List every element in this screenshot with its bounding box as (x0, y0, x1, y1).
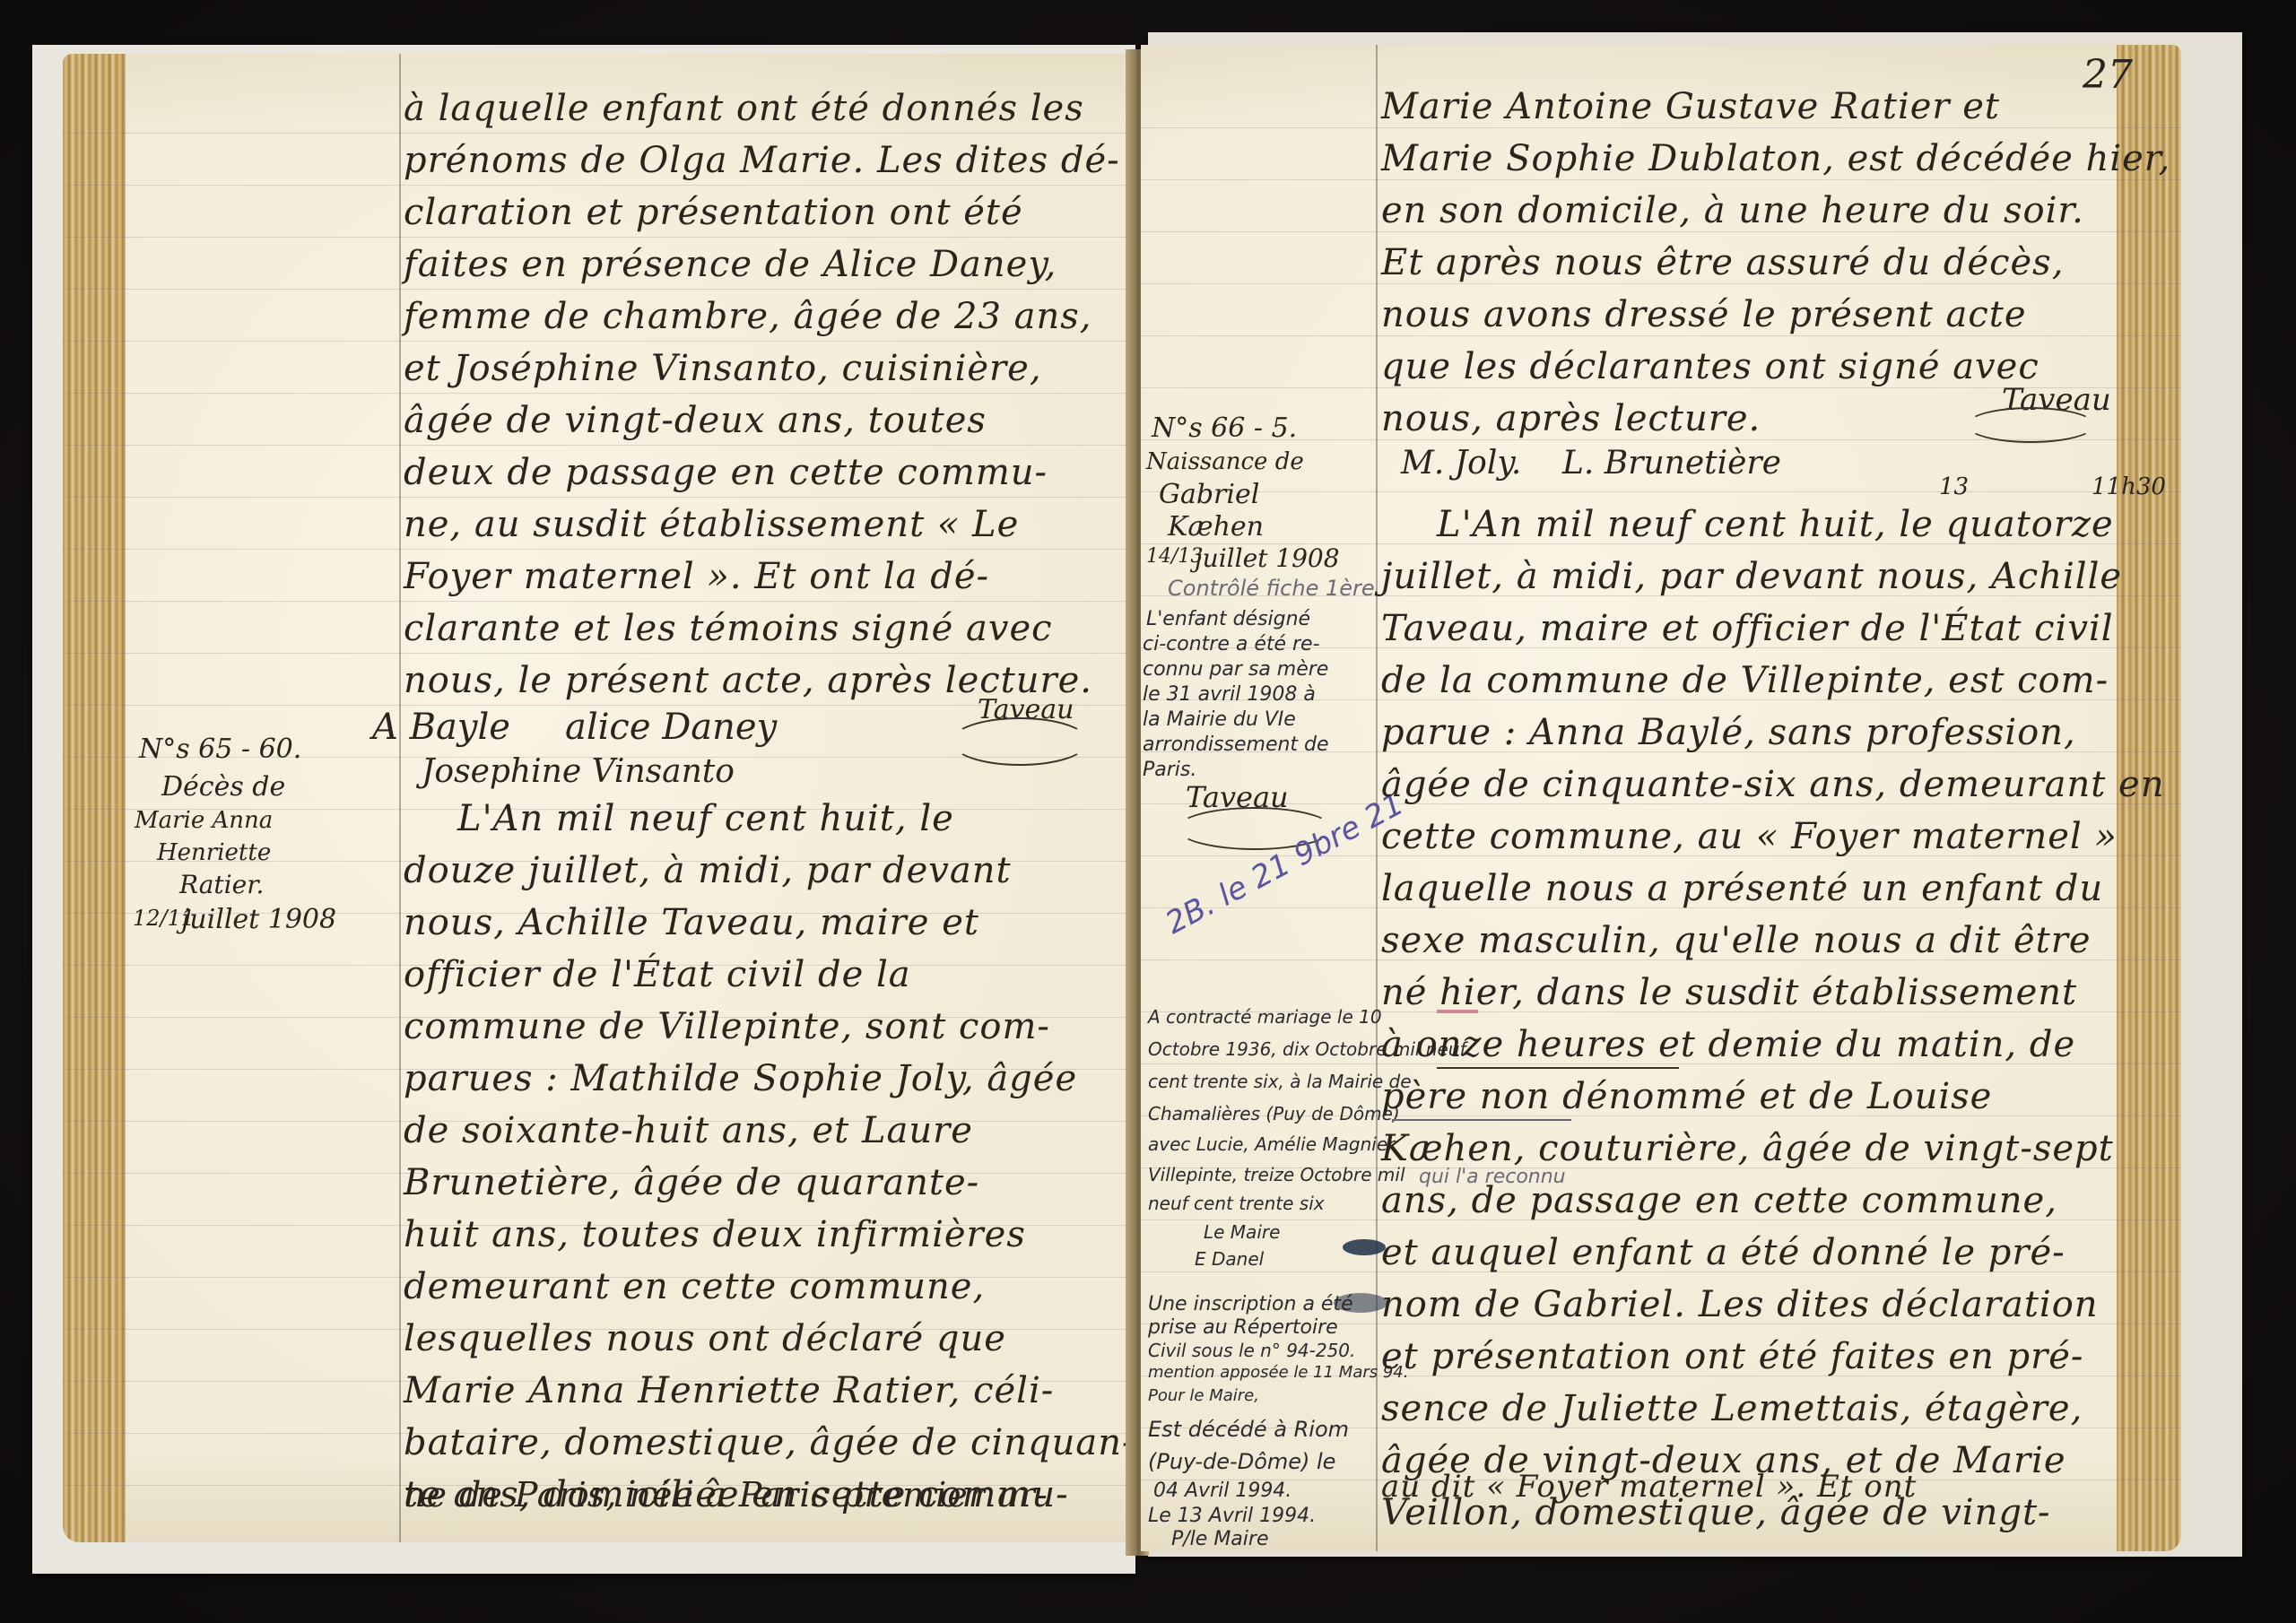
text-line: L'An mil neuf cent huit, le quatorze (1437, 504, 2114, 545)
inscription-note-line: Civil sous le n° 94-250. (1148, 1340, 1355, 1361)
text-line: âgée de cinquante-six ans, demeurant en (1381, 764, 2164, 805)
text-line: sence de Juliette Lemettais, étagère, (1381, 1388, 2083, 1429)
death-note-line: (Puy-de-Dôme) le (1148, 1449, 1335, 1474)
inscription-note-line: prise au Répertoire (1148, 1316, 1338, 1339)
text-line: Brunetière, âgée de quarante- (404, 1162, 979, 1203)
red-underline-mark (1437, 1010, 1478, 1013)
margin-entry-surname: Kæhen (1168, 511, 1264, 542)
text-line: huit ans, toutes deux infirmières (404, 1214, 1026, 1255)
text-line: L'An mil neuf cent huit, le (457, 798, 954, 839)
margin-entry-surname: Ratier. (179, 870, 264, 899)
signature-daney: alice Daney (565, 707, 777, 748)
text-line: officier de l'État civil de la (404, 954, 911, 995)
right-page: 27 N°s 66 - 5. Naissance de Gabriel Kæhe… (1141, 45, 2181, 1551)
time-underline (1437, 1067, 1679, 1069)
inscription-note-line: Pour le Maire, (1148, 1386, 1259, 1405)
day-correction-annotation: 13 (1939, 473, 1969, 500)
margin-entry-date: juillet 1908 (181, 904, 336, 935)
text-line: à laquelle enfant ont été donnés les (404, 88, 1084, 129)
text-line: ans, de passage en cette commune, (1381, 1180, 2057, 1221)
text-line: de soixante-huit ans, et Laure (404, 1110, 973, 1151)
text-line: cette commune, au « Foyer maternel » (1381, 816, 2118, 857)
pencil-underline (1392, 1119, 1571, 1121)
margin-note-line: Paris. (1143, 759, 1196, 781)
death-note-line: Est décédé à Riom (1148, 1417, 1349, 1442)
signature-bayle: A Bayle (372, 707, 510, 748)
text-line: ne, au susdit établissement « Le (404, 504, 1019, 545)
marriage-note-line: neuf cent trente six (1148, 1193, 1325, 1214)
text-line: au dit « Foyer maternel ». Et ont (1381, 1469, 1917, 1505)
signature-joly: M. Joly. (1401, 445, 1521, 482)
margin-entry-number: N°s 65 - 60. (139, 733, 301, 765)
text-line: nom de Gabriel. Les dites déclaration (1381, 1284, 2099, 1325)
margin-note-line: connu par sa mère (1143, 658, 1328, 681)
text-line: laquelle nous a présenté un enfant du (1381, 868, 2103, 909)
margin-entry-date: juillet 1908 (1195, 543, 1340, 573)
marriage-note-line: A contracté mariage le 10 (1148, 1006, 1382, 1028)
text-line: à onze heures et demie du matin, de (1381, 1024, 2075, 1065)
text-line: faites en présence de Alice Daney, (404, 244, 1057, 285)
marriage-note-line: avec Lucie, Amélie Magnier (1148, 1133, 1395, 1155)
text-line: douze juillet, à midi, par devant (404, 850, 1012, 891)
text-line: parues : Mathilde Sophie Joly, âgée (404, 1058, 1077, 1099)
text-line: Kæhen, couturière, âgée de vingt-sept (1381, 1128, 2114, 1169)
margin-entry-title: Naissance de (1146, 448, 1304, 475)
margin-note-line: L'enfant désigné (1146, 608, 1310, 630)
text-line: ne de Paris, née à Paris premier ar- (404, 1475, 1048, 1515)
text-line: né hier, dans le susdit établissement (1381, 972, 2077, 1013)
text-line: Marie Sophie Dublaton, est décédée hier, (1381, 138, 2170, 179)
signature-vinsanto: Josephine Vinsanto (422, 753, 735, 790)
text-line: Marie Anna Henriette Ratier, céli- (404, 1370, 1054, 1411)
marriage-note-mayor: Le Maire (1204, 1221, 1280, 1243)
text-line: et présentation ont été faites en pré- (1381, 1336, 2083, 1377)
inscription-note-line: mention apposée le 11 Mars 94. (1148, 1363, 1408, 1382)
margin-entry-name: Marie Anna (135, 807, 273, 834)
death-note-line: P/le Maire (1171, 1528, 1268, 1550)
margin-entry-title: Décès de (161, 771, 285, 803)
text-line: Marie Antoine Gustave Ratier et (1381, 86, 2000, 127)
text-line: claration et présentation ont été (404, 192, 1023, 233)
text-line: femme de chambre, âgée de 23 ans, (404, 296, 1091, 337)
text-line: demeurant en cette commune, (404, 1266, 985, 1307)
text-line: père non dénommé et de Louise (1381, 1076, 1992, 1117)
margin-note-line: le 31 avril 1908 à (1143, 683, 1316, 706)
text-line: deux de passage en cette commu- (404, 452, 1048, 493)
death-note-line: Le 13 Avril 1994. (1148, 1505, 1316, 1527)
signature-flourish (951, 717, 1089, 766)
pencil-control-note: Contrôlé fiche 1ère (1168, 576, 1375, 601)
text-line: âgée de vingt-deux ans, toutes (404, 400, 987, 441)
text-line: parue : Anna Baylé, sans profession, (1381, 712, 2076, 753)
marriage-note-line: cent trente six, à la Mairie de (1148, 1071, 1412, 1092)
text-line: juillet, à midi, par devant nous, Achill… (1381, 556, 2122, 597)
text-line: nous avons dressé le présent acte (1381, 294, 2027, 335)
text-line: nous, après lecture. (1381, 398, 1761, 439)
text-line: et Joséphine Vinsanto, cuisinière, (404, 348, 1042, 389)
margin-note-line: arrondissement de (1143, 733, 1329, 756)
ink-blot (1343, 1239, 1386, 1255)
text-line: clarante et les témoins signé avec (404, 608, 1053, 649)
marriage-note-line: Villepinte, treize Octobre mil (1148, 1164, 1405, 1185)
death-note-line: 04 Avril 1994. (1153, 1480, 1291, 1502)
time-correction-annotation: 11h30 (2092, 473, 2166, 500)
page-number: 27 (2083, 52, 2133, 98)
left-margin-rule (399, 54, 401, 1542)
margin-entry-name: Gabriel (1159, 479, 1259, 510)
text-line: et auquel enfant a été donné le pré- (1381, 1232, 2066, 1273)
text-line: bataire, domestique, âgée de cinquan- (404, 1422, 1135, 1463)
text-line: Foyer maternel ». Et ont la dé- (404, 556, 989, 597)
text-line: nous, Achille Taveau, maire et (404, 902, 979, 943)
left-page: N°s 65 - 60. Décès de Marie Anna Henriet… (63, 54, 1139, 1542)
margin-entry-name: Henriette (157, 839, 271, 866)
signature-brunetiere: L. Brunetière (1562, 445, 1781, 482)
text-line: commune de Villepinte, sont com- (404, 1006, 1050, 1047)
text-line: lesquelles nous ont déclaré que (404, 1318, 1006, 1359)
margin-note-line: la Mairie du VIe (1143, 708, 1296, 731)
marriage-note-line: Chamalières (Puy de Dôme) (1148, 1103, 1400, 1124)
text-line: Et après nous être assuré du décès, (1381, 242, 2064, 283)
text-line: sexe masculin, qu'elle nous a dit être (1381, 920, 2092, 961)
text-line: prénoms de Olga Marie. Les dites dé- (404, 140, 1120, 181)
left-page-edges (63, 54, 126, 1542)
text-line: en son domicile, à une heure du soir. (1381, 190, 2084, 231)
margin-entry-number: N°s 66 - 5. (1152, 412, 1297, 444)
marriage-note-signature: E Danel (1195, 1248, 1264, 1270)
text-line: de la commune de Villepinte, est com- (1381, 660, 2109, 701)
text-line: que les déclarantes ont signé avec (1381, 346, 2039, 387)
margin-note-line: ci-contre a été re- (1143, 633, 1320, 655)
text-line: Taveau, maire et officier de l'État civi… (1381, 608, 2114, 649)
inscription-note-line: Une inscription a été (1148, 1293, 1353, 1315)
signature-flourish (1966, 407, 2095, 443)
